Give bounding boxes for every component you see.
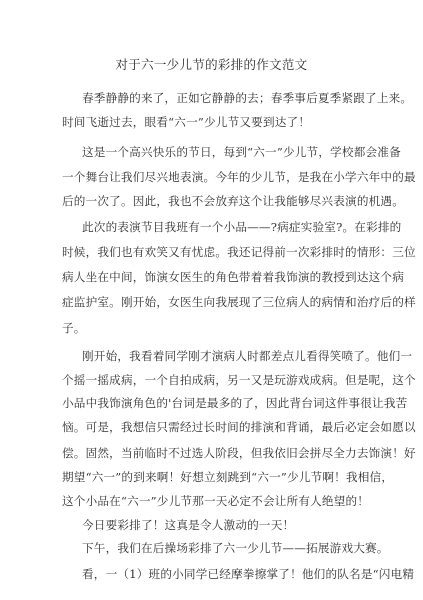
paragraph-line: 这个小品在“六一”少儿节那一天必定不会让所有人绝望的！ [62, 493, 369, 509]
paragraph-line: 刚开始，我看着同学刚才演病人时都差点儿看得笑喷了。他们一 [82, 348, 412, 364]
paragraph-line: 小品中我饰演角色的'台词是最多的了，因此背台词这件事很让我苦 [62, 395, 407, 411]
paragraph-line: 这是一个高兴快乐的节日，每到“六一”少儿节，学校都会准备 [82, 144, 401, 160]
paragraph-line: 个摇一摇成病，一个自拍成病，另一又是玩游戏成病。但是呢，这个 [62, 372, 416, 388]
paragraph-line: 症监护室。刚开始，女医生向我展现了三位病人的病情和治疗后的样 [62, 294, 416, 310]
paragraph-line: 此次的表演节目我班有一个小品——?病症实验室?。在彩排的 [82, 219, 401, 235]
document-title: 对于六一少儿节的彩排的作文范文 [0, 55, 423, 73]
paragraph-line: 偿。固然，当前临时不过选人阶段，但我依旧会拼尽全力去饰演！好 [62, 445, 416, 461]
paragraph-line: 下午，我们在后操场彩排了六一少儿节——拓展游戏大赛。 [82, 540, 389, 556]
paragraph-line: 期望“六一”的到来啊！好想立刻跳到“六一”少儿节啊！我相信， [62, 469, 393, 485]
paragraph-line: 时间飞逝过去，眼看“六一”少儿节又要到达了！ [62, 114, 310, 130]
paragraph-line: 春季静静的来了，正如它静静的去；春季事后夏季紧跟了上来。 [82, 90, 412, 106]
paragraph-line: 子。 [62, 320, 86, 336]
paragraph-line: 后的一次了。因此，我也不会放弃这个让我能够尽兴表演的机遇。 [62, 193, 404, 209]
paragraph-line: 时候，我们也有欢笑又有忧虑。我还记得前一次彩排时的情形：三位 [62, 244, 416, 260]
paragraph-line: 今日要彩排了！这真是令人激动的一天！ [82, 517, 294, 533]
paragraph-line: 看，一（1）班的小同学已经摩拳擦掌了！他们的队名是“闪电精 [82, 566, 414, 582]
paragraph-line: 病人坐在中间，饰演女医生的角色带着着我饰演的教授到达这个病 [62, 269, 404, 285]
paragraph-line: 一个舞台让我们尽兴地表演。今年的少儿节，是我在小学六年中的最 [62, 169, 416, 185]
paragraph-line: 恼。可是，我想信只需经过长时间的排演和背诵，最后必定会如愿以 [62, 419, 416, 435]
document-page: 对于六一少儿节的彩排的作文范文 春季静静的来了，正如它静静的去；春季事后夏季紧跟… [0, 0, 423, 600]
